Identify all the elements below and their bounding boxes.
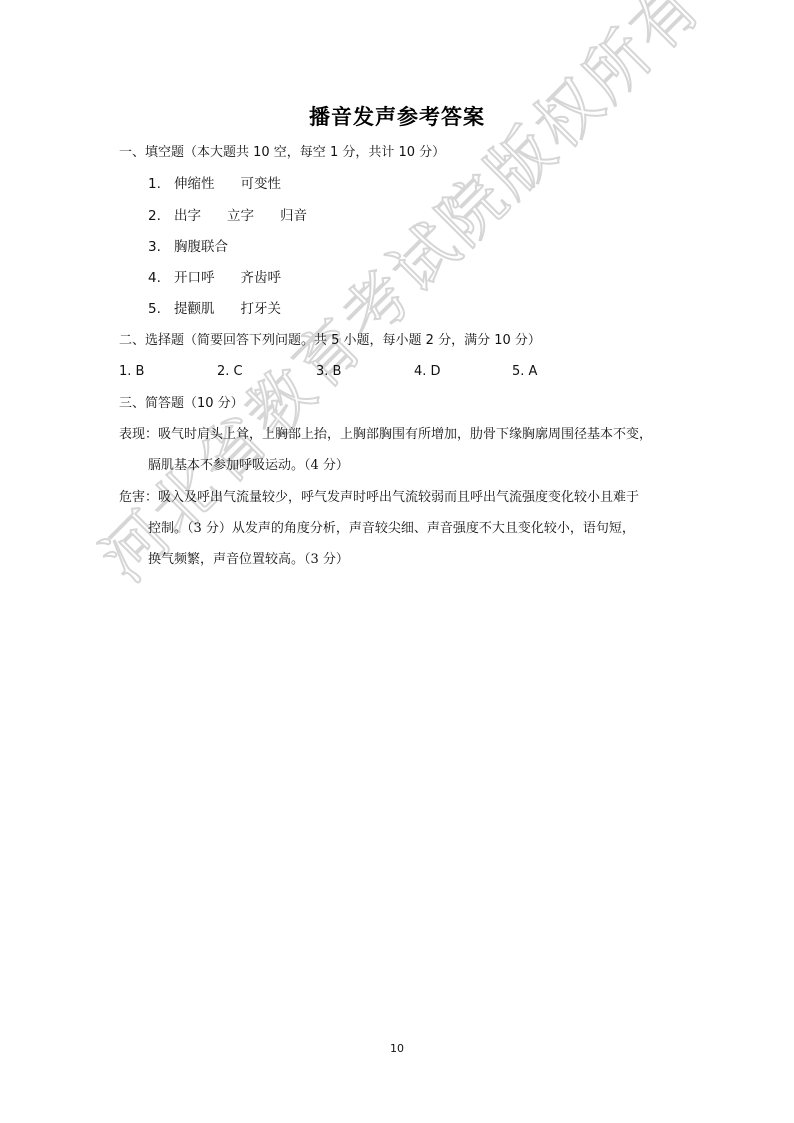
harm-line-3: 换气频繁，声音位置较高。（3 分） [148, 551, 349, 569]
choice-answer-3: 3. B [316, 364, 341, 379]
fill-item-4: 4.开口呼齐齿呼 [148, 269, 281, 287]
section1-heading: 一、填空题（本大题共 10 空，每空 1 分，共计 10 分） [119, 144, 445, 162]
page-number: 10 [0, 1042, 794, 1055]
choice-answer-1: 1. B [119, 364, 144, 379]
performance-line-2: 膈肌基本不参加呼吸运动。（4 分） [148, 457, 349, 475]
page-title: 播音发声参考答案 [0, 101, 794, 131]
fill-item-5: 5.提颧肌打牙关 [148, 300, 281, 318]
fill-item-3: 3.胸腹联合 [148, 238, 228, 256]
choice-answer-2: 2. C [217, 364, 243, 379]
section3-heading: 三、简答题（10 分） [119, 395, 244, 413]
choice-answer-4: 4. D [414, 364, 441, 379]
fill-item-1: 1.伸缩性可变性 [148, 175, 281, 193]
document-page: 河北省教育考试院版权所有 播音发声参考答案 一、填空题（本大题共 10 空，每空… [0, 0, 794, 1123]
harm-line-2: 控制。（3 分）从发声的角度分析，声音较尖细、声音强度不大且变化较小，语句短， [148, 520, 635, 538]
choice-answer-5: 5. A [512, 364, 537, 379]
harm-line-1: 危害：吸入及呼出气流量较少，呼气发声时呼出气流较弱而且呼出气流强度变化较小且难于 [119, 489, 639, 507]
section2-heading: 二、选择题（简要回答下列问题。共 5 小题，每小题 2 分，满分 10 分） [119, 332, 541, 350]
fill-item-2: 2.出字立字归音 [148, 207, 307, 225]
performance-line-1: 表现：吸气时肩头上耸，上胸部上抬，上胸部胸围有所增加，肋骨下缘胸廓周围径基本不变… [119, 426, 652, 444]
